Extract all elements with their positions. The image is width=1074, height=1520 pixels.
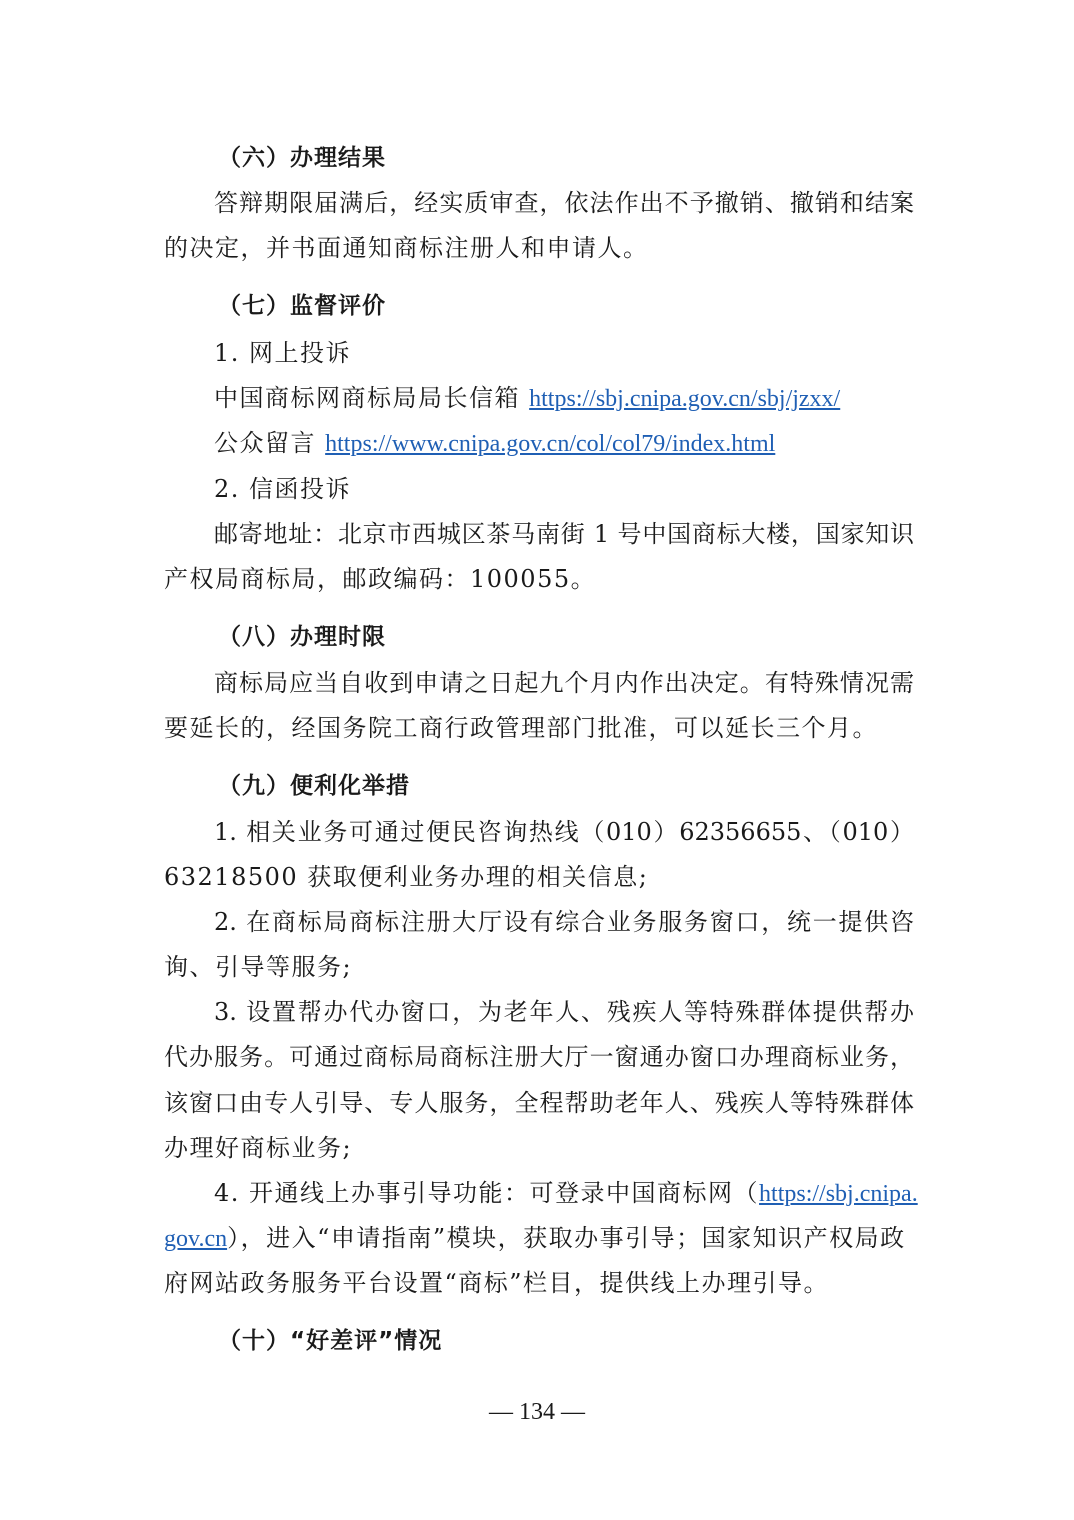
trademark-site-link[interactable]: https://sbj.cnipa. [759,1181,918,1207]
section-heading-result: （六）办理结果 [218,143,968,173]
public-message-label: 公众留言 [214,429,316,457]
section-heading-evaluation: （十）“好差评”情况 [218,1326,968,1356]
measure-4-text: ），进入“申请指南”模块，获取办事引导；国家知识产权局政 [227,1224,906,1252]
list-label-online-complaint: 1. 网上投诉 [214,338,914,368]
paragraph-line: 商标局应当自收到申请之日起九个月内作出决定。有特殊情况需 [214,668,914,698]
page-number: — 134 — [0,1397,1074,1427]
document-page: （六）办理结果 答辩期限届满后，经实质审查，依法作出不予撤销、撤销和结案 的决定… [0,0,1074,1520]
director-mailbox-link[interactable]: https://sbj.cnipa.gov.cn/sbj/jzxx/ [529,386,840,412]
measure-1-line: 1. 相关业务可通过便民咨询热线（010）62356655、（010） [214,817,914,847]
measure-3-line: 该窗口由专人引导、专人服务，全程帮助老年人、残疾人等特殊群体 [164,1088,914,1118]
trademark-site-link-cont[interactable]: gov.cn [164,1226,227,1252]
section-heading-time-limit: （八）办理时限 [218,622,968,652]
measure-2-line: 询、引导等服务; [164,952,914,982]
list-label-letter-complaint: 2. 信函投诉 [214,474,914,504]
measure-2-line: 2. 在商标局商标注册大厅设有综合业务服务窗口，统一提供咨 [214,907,914,937]
paragraph-line: 的决定，并书面通知商标注册人和申请人。 [164,233,914,263]
director-mailbox-row: 中国商标网商标局局长信箱 https://sbj.cnipa.gov.cn/sb… [214,383,914,414]
measure-4-line: gov.cn），进入“申请指南”模块，获取办事引导；国家知识产权局政 [164,1223,914,1254]
paragraph-line: 要延长的，经国务院工商行政管理部门批准，可以延长三个月。 [164,713,914,743]
public-message-row: 公众留言 https://www.cnipa.gov.cn/col/col79/… [214,428,914,459]
paragraph-line: 答辩期限届满后，经实质审查，依法作出不予撤销、撤销和结案 [214,188,914,218]
section-heading-facilitation: （九）便利化举措 [218,771,968,801]
mailing-address-line: 产权局商标局，邮政编码：100055。 [164,564,914,594]
measure-3-line: 办理好商标业务; [164,1133,914,1163]
measure-4-line: 府网站政务服务平台设置“商标”栏目，提供线上办理引导。 [164,1268,914,1298]
measure-3-line: 代办服务。可通过商标局商标注册大厅一窗通办窗口办理商标业务， [164,1042,914,1072]
director-mailbox-label: 中国商标网商标局局长信箱 [214,384,520,412]
measure-3-line: 3. 设置帮办代办窗口，为老年人、残疾人等特殊群体提供帮办 [214,997,914,1027]
mailing-address-line: 邮寄地址：北京市西城区茶马南街 1 号中国商标大楼，国家知识 [214,519,914,549]
measure-4-text: 4. 开通线上办事引导功能：可登录中国商标网（ [214,1179,759,1207]
public-message-link[interactable]: https://www.cnipa.gov.cn/col/col79/index… [325,431,775,457]
section-heading-supervision: （七）监督评价 [218,291,968,321]
measure-4-line: 4. 开通线上办事引导功能：可登录中国商标网（https://sbj.cnipa… [214,1178,914,1209]
measure-1-line: 63218500 获取便利业务办理的相关信息; [164,862,914,892]
